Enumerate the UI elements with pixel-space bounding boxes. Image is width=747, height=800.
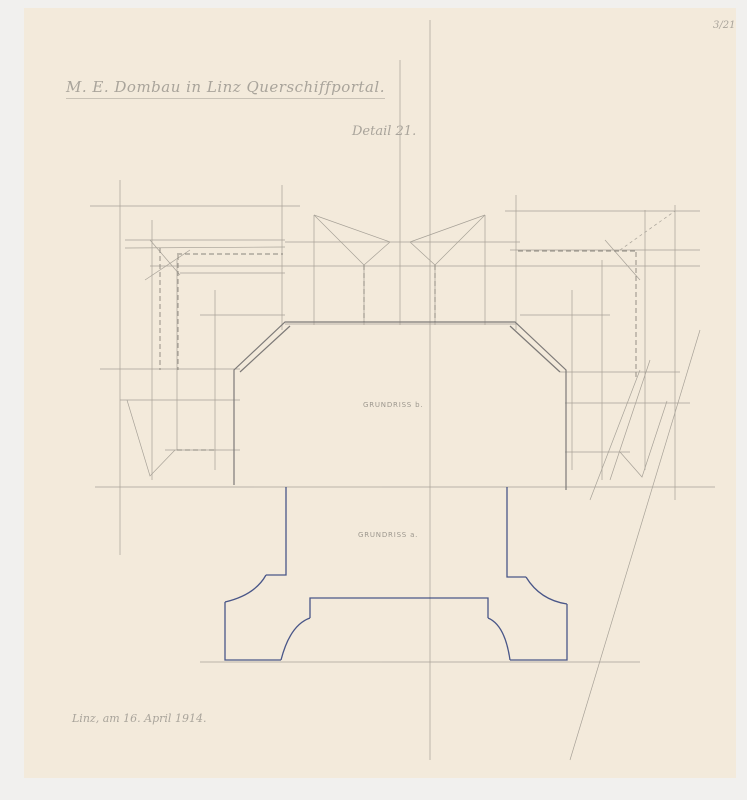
date-note: Linz, am 16. April 1914. bbox=[72, 712, 206, 725]
pencil-dashed-lines bbox=[160, 248, 636, 450]
sheet-number: 3/21 bbox=[713, 20, 735, 31]
architectural-plan-drawing bbox=[0, 0, 747, 800]
plan-b-caption: GRUNDRISS b. bbox=[363, 401, 423, 409]
detail-label: Detail 21. bbox=[352, 124, 416, 139]
plan-a-caption: GRUNDRISS a. bbox=[358, 531, 418, 539]
lower-plan-ink-outline bbox=[225, 487, 567, 660]
drawing-title: M. E. Dombau in Linz Querschiffportal. bbox=[66, 78, 385, 99]
